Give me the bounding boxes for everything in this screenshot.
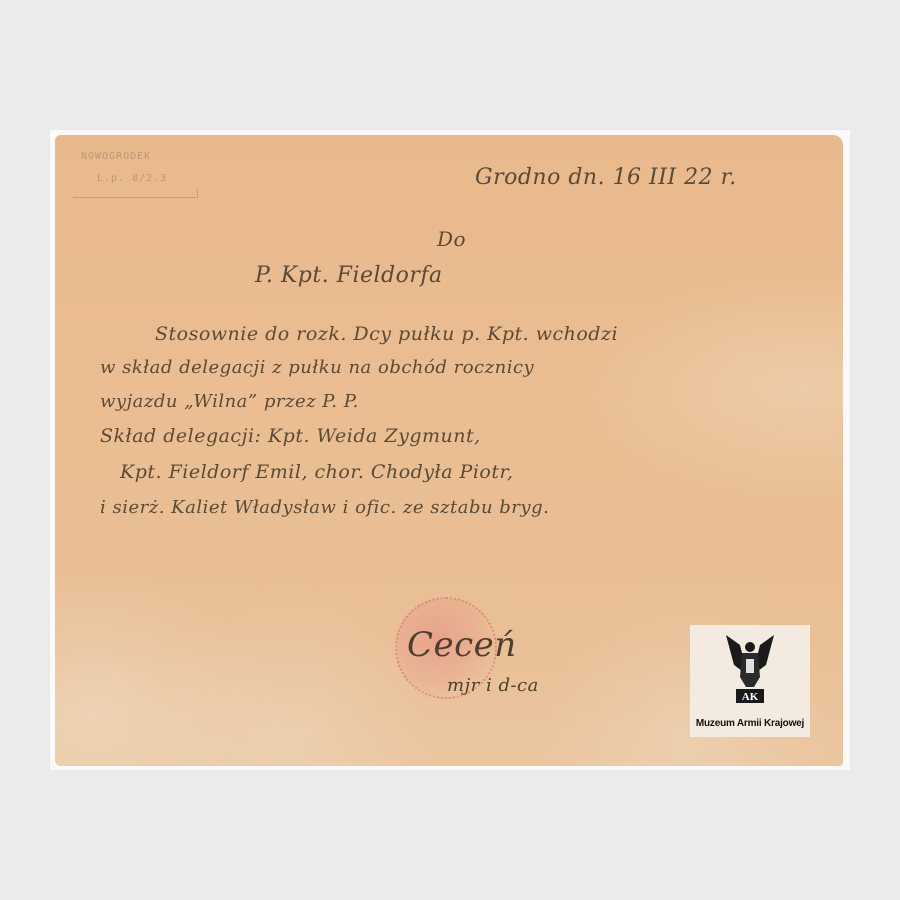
museum-logo: AK Muzeum Armii Krajowej <box>690 625 810 737</box>
eagle-ak-icon: AK <box>722 631 778 707</box>
svg-text:AK: AK <box>742 691 759 703</box>
archive-stamp-border <box>73 189 198 198</box>
body-line: w skład delegacji z pułku na obchód rocz… <box>100 357 534 378</box>
body-line: Kpt. Fieldorf Emil, chor. Chodyła Piotr, <box>120 461 514 483</box>
document-frame: NOWOGRÓDEK L.p. 8/2.3 Grodno dn. 16 III … <box>50 130 850 770</box>
signature: Ceceń <box>407 625 517 665</box>
archive-stamp: NOWOGRÓDEK L.p. 8/2.3 <box>67 143 197 195</box>
addressee: P. Kpt. Fieldorfa <box>255 263 443 288</box>
archive-stamp-line2: L.p. 8/2.3 <box>97 173 167 184</box>
archive-stamp-line1: NOWOGRÓDEK <box>81 151 151 162</box>
signature-title: mjr i d-ca <box>447 675 539 696</box>
body-line: i sierż. Kaliet Władysław i ofic. ze szt… <box>100 497 549 518</box>
museum-name: Muzeum Armii Krajowej <box>690 718 810 729</box>
letter-paper: NOWOGRÓDEK L.p. 8/2.3 Grodno dn. 16 III … <box>55 135 843 766</box>
body-line: wyjazdu „Wilna” przez P. P. <box>100 391 359 412</box>
body-line: Stosownie do rozk. Dcy pułku p. Kpt. wch… <box>155 323 618 345</box>
body-line: Skład delegacji: Kpt. Weida Zygmunt, <box>100 425 481 447</box>
date-line: Grodno dn. 16 III 22 r. <box>475 165 737 190</box>
salutation: Do <box>437 227 466 251</box>
